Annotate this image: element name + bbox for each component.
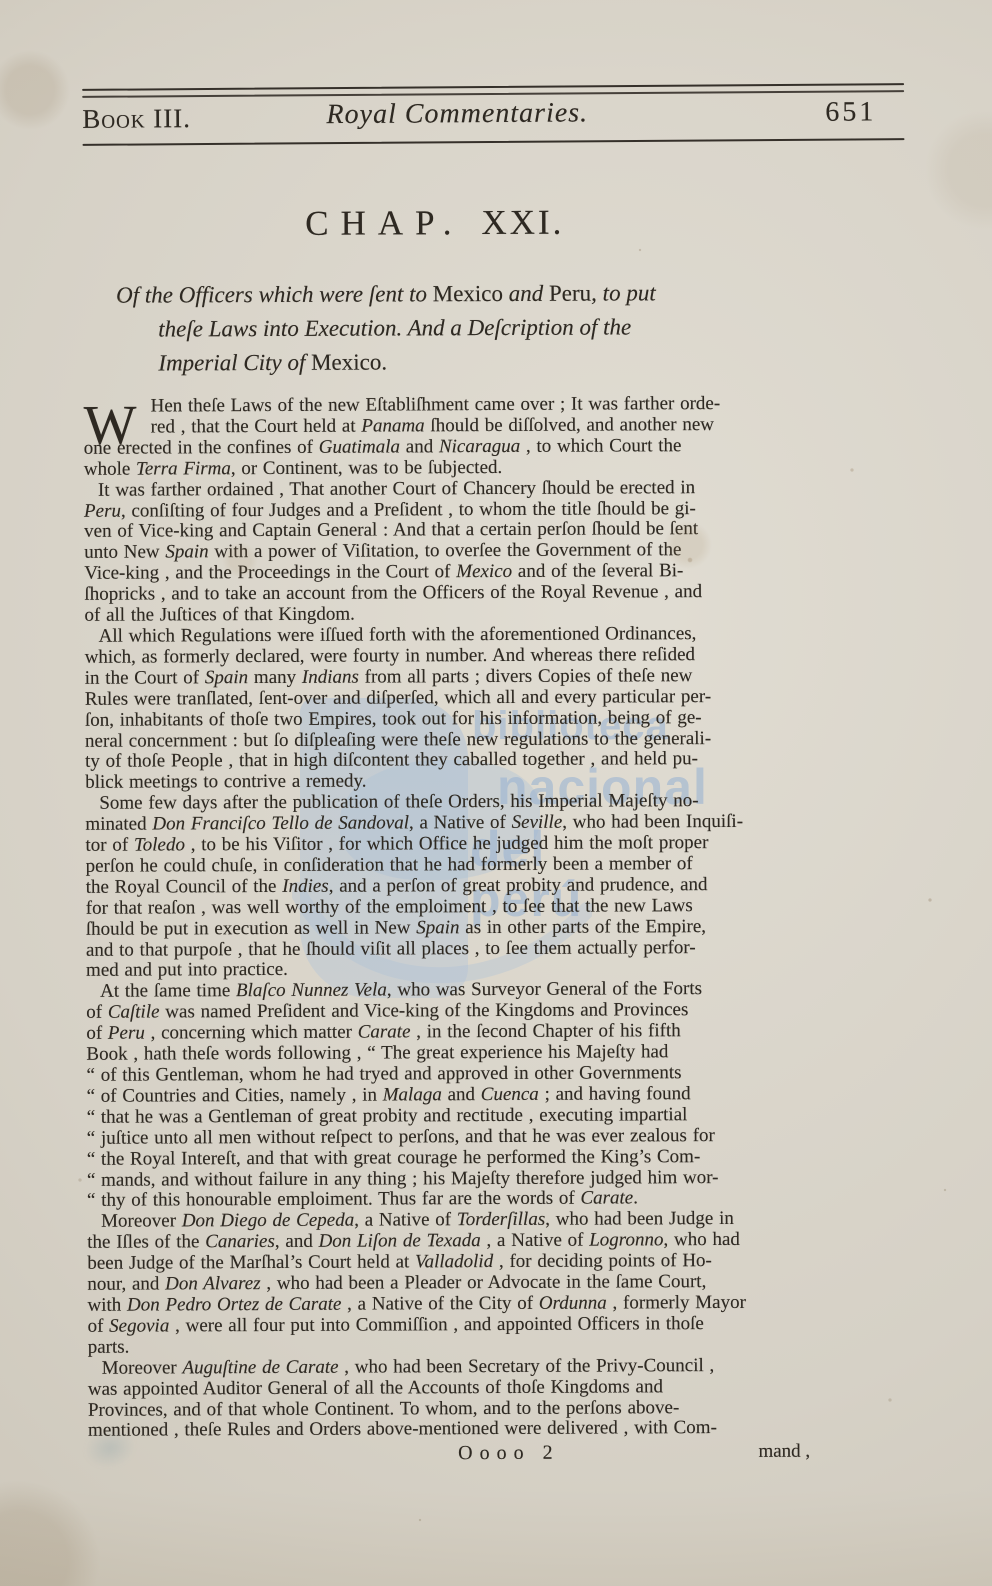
roman-text: perſon he could chuſe, in conſideration … <box>86 853 693 877</box>
roman-text: , and <box>275 1231 319 1252</box>
italic-text: Panama <box>361 415 424 436</box>
roman-text: in the Court of <box>85 667 205 689</box>
roman-text: Moreover <box>101 1211 182 1232</box>
roman-text: , conſiſting of four Judges and a Preſid… <box>121 498 696 522</box>
roman-text: “ thy of this honourable emploiment. Thu… <box>87 1188 580 1211</box>
footer-row: Oooo 2 mand , <box>88 1441 910 1469</box>
roman-text: was named Preſident and Vice-king of the… <box>159 999 688 1022</box>
italic-text: Don Franciſco Tello de Sandoval <box>152 813 409 835</box>
roman-text: which, as formerly declared, were fourty… <box>85 644 695 668</box>
paragraph: WHen theſe Laws of the new Eſtabliſhment… <box>84 393 906 480</box>
roman-text: for that reaſon , was well worthy of the… <box>86 895 693 919</box>
chapter-heading: CHAP.XXI. <box>83 201 905 251</box>
roman-text: Book , hath theſe words following , “ Th… <box>86 1041 668 1065</box>
roman-text: Vice-king , and the Proceedings in the C… <box>84 561 456 584</box>
italic-text: Terra Firma <box>136 458 231 479</box>
italic-text: Don Diego de Cepeda <box>182 1210 354 1232</box>
body-text: WHen theſe Laws of the new Eſtabliſhment… <box>84 393 911 1442</box>
paragraph: Moreover Don Diego de Cepeda, a Native o… <box>87 1209 910 1359</box>
italic-text: Spain <box>165 542 208 563</box>
roman-text: parts. <box>88 1336 130 1357</box>
roman-text: ven of Vice-king and Captain General : A… <box>84 519 698 543</box>
roman-text: with <box>87 1295 127 1316</box>
drop-cap: W <box>84 398 137 454</box>
roman-text: med and put into practice. <box>86 959 288 981</box>
roman-text: , a Native of <box>354 1210 457 1231</box>
roman-text: ſhould be put in execution as well in Ne… <box>86 917 416 939</box>
roman-text: the Iſles of the <box>87 1232 205 1254</box>
paragraph: It was farther ordained , That another C… <box>84 477 907 627</box>
header-row: Book III. Royal Commentaries. 651 <box>82 92 904 144</box>
chapter-numeral: XXI. <box>481 203 564 242</box>
catchword: mand , <box>758 1441 810 1463</box>
roman-text: of <box>88 1316 110 1337</box>
italic-text: Don Pedro Ortez de Carate <box>127 1294 341 1316</box>
roman-text: blick meetings to contrive a remedy. <box>85 771 366 793</box>
roman-text: Hen theſe Laws of the new Eſtabliſhment … <box>151 393 721 416</box>
roman-text: of all the Juſtices of that Kingdom. <box>84 604 354 626</box>
roman-text: of <box>86 1002 108 1023</box>
paragraph: All which Regulations were iſſued forth … <box>85 623 908 794</box>
italic-text: Blaſco Nunnez Vela <box>236 980 387 1002</box>
italic-text: Torderſillas <box>457 1209 545 1230</box>
roman-text: , who had been Inquiſi- <box>562 811 743 833</box>
paragraph: Moreover Auguſtine de Carate , who had b… <box>88 1355 910 1442</box>
italic-text: Nicaragua <box>439 436 520 457</box>
roman-text: Mexico. <box>311 349 387 374</box>
roman-text: , to which Court the <box>520 435 681 457</box>
roman-text: and of the ſeveral Bi- <box>512 560 683 582</box>
roman-text: , who had been Secretary of the Privy-Co… <box>338 1355 714 1378</box>
roman-text: “ mands, and without failure in any thin… <box>87 1167 719 1191</box>
text-line: Imperial City of Mexico. <box>83 343 905 381</box>
text-line: Of the Officers which were ſent to Mexic… <box>83 275 905 313</box>
roman-text: and to that purpoſe , that he ſhould viſ… <box>86 937 696 961</box>
roman-text: nour, and <box>87 1274 165 1295</box>
italic-text: Auguſtine de Carate <box>182 1356 338 1378</box>
roman-text: of <box>86 1023 108 1044</box>
roman-text: “ juſtice unto all men without reſpect t… <box>87 1125 715 1149</box>
scanned-book-page: biblioteca nacional del perú Book III. R… <box>0 0 992 1586</box>
roman-text: Some few days after the publication of t… <box>99 790 698 814</box>
roman-text: , and a perſon of great probity and prud… <box>329 874 708 897</box>
roman-text: “ that he was a Gentleman of great probi… <box>87 1104 688 1128</box>
roman-text: been Judge of the Marſhal’s Court held a… <box>87 1252 415 1274</box>
roman-text: , a Native of <box>481 1230 589 1251</box>
italic-text: Mexico <box>456 561 512 582</box>
page-number: 651 <box>825 96 876 128</box>
roman-text: and <box>442 1084 481 1105</box>
roman-text: Peru <box>549 281 591 306</box>
italic-text: Toledo <box>134 834 185 855</box>
roman-text: “ the Royal Intereſt, and that with grea… <box>87 1146 701 1170</box>
gathering-signature: Oooo 2 <box>458 1442 560 1465</box>
italic-text: Don Liſon de Texada <box>319 1230 481 1252</box>
roman-text: , a Native of the City of <box>341 1293 539 1315</box>
chapter-summary: Of the Officers which were ſent to Mexic… <box>83 275 905 381</box>
italic-text: Guatimala <box>319 436 400 457</box>
page-content: Book III. Royal Commentaries. 651 CHAP.X… <box>82 0 910 1468</box>
italic-text: Don Alvarez <box>165 1273 261 1294</box>
running-header: Book III. Royal Commentaries. 651 <box>82 83 904 146</box>
roman-text: ty of thoſe People , that in high diſcon… <box>85 749 698 773</box>
italic-text: Caſtile <box>108 1002 160 1023</box>
roman-text: , formerly Mayor <box>607 1292 746 1314</box>
italic-text: Canaries <box>205 1231 275 1252</box>
italic-text: Peru <box>108 1023 145 1044</box>
roman-text: , who was Surveyor General of the Forts <box>387 978 702 1000</box>
roman-text: ſhould be diſſolved, and another new <box>425 414 714 436</box>
roman-text: At the ſame time <box>100 981 236 1003</box>
roman-text: mentioned , theſe Rules and Orders above… <box>88 1417 717 1441</box>
roman-text: , who had been Judge in <box>545 1208 734 1230</box>
text-line: mentioned , theſe Rules and Orders above… <box>88 1418 910 1442</box>
italic-text: , to put <box>591 280 656 305</box>
roman-text: , who had been a Pleader or Advocate in … <box>261 1271 707 1294</box>
roman-text: unto New <box>84 542 165 563</box>
italic-text: Of the Officers which were ſent to <box>116 281 433 307</box>
roman-text: , for deciding points of Ho- <box>493 1250 712 1272</box>
roman-text: , concerning which matter <box>145 1022 358 1044</box>
roman-text: ; and having found <box>539 1083 691 1105</box>
chapter-word: CHAP. <box>305 203 463 243</box>
italic-text: Carate <box>358 1022 411 1043</box>
roman-text: It was farther ordained , That another C… <box>98 477 695 501</box>
roman-text: as in other parts of the Empire, <box>459 916 706 938</box>
running-title: Royal Commentaries. <box>326 97 588 131</box>
roman-text: many <box>248 667 302 688</box>
roman-text: ſhopricks , and to take an account from … <box>84 581 702 605</box>
italic-text: Indies <box>282 876 329 897</box>
roman-text: , were all four put into Commiſſion , an… <box>169 1313 704 1336</box>
italic-text: and <box>503 281 549 306</box>
paragraph: At the ſame time Blaſco Nunnez Vela, who… <box>86 979 909 1213</box>
roman-text: “ of this Gentleman, whom he had tryed a… <box>86 1062 681 1086</box>
italic-text: Spain <box>416 917 459 938</box>
italic-text: Ordunna <box>539 1292 607 1313</box>
italic-text: Valladolid <box>415 1251 493 1272</box>
roman-text: ſon, inhabitants of thoſe two Empires, t… <box>85 707 702 731</box>
roman-text: whole <box>84 458 136 479</box>
roman-text: was appointed Auditor General of all the… <box>88 1376 663 1400</box>
header-top-rule <box>82 83 904 91</box>
roman-text: the Royal Council of the <box>86 876 283 898</box>
roman-text: Rules were tranſlated, ſent-over and diſ… <box>85 686 711 710</box>
italic-text: Peru <box>84 500 121 521</box>
roman-text: All which Regulations were iſſued forth … <box>99 623 697 647</box>
roman-text: , or Continent, was to be ſubjected. <box>231 457 503 479</box>
roman-text: with a power of Viſitation, to overſee t… <box>209 540 682 563</box>
italic-text: theſe Laws into Execution. And a Deſcrip… <box>158 314 631 341</box>
book-label: Book III. <box>82 103 191 135</box>
roman-text: neral concernment : but ſo diſpleaſing w… <box>85 728 711 752</box>
roman-text: “ of Countries and Cities, namely , in <box>87 1084 383 1106</box>
roman-text: , a Native of <box>409 812 512 833</box>
roman-text: Moreover <box>102 1357 183 1378</box>
paragraph: Some few days after the publication of t… <box>85 790 908 982</box>
roman-text: tor of <box>85 835 134 856</box>
roman-text: and <box>400 436 439 457</box>
roman-text: , to be his Viſitor , for which Office h… <box>185 832 709 855</box>
italic-text: Carate <box>580 1188 633 1209</box>
italic-text: Imperial City of <box>158 350 311 376</box>
text-line: theſe Laws into Execution. And a Deſcrip… <box>83 309 905 347</box>
roman-text: Mexico <box>433 281 503 306</box>
roman-text: from all parts ; divers Copies of theſe … <box>359 665 693 687</box>
italic-text: Malaga <box>383 1084 442 1105</box>
italic-text: Cuenca <box>481 1084 539 1105</box>
italic-text: Spain <box>205 667 248 688</box>
roman-text: , who had <box>663 1229 739 1250</box>
roman-text: red , that the Court held at <box>151 415 362 437</box>
roman-text: . <box>633 1188 638 1209</box>
roman-text: minated <box>85 814 152 835</box>
italic-text: Seville <box>512 812 563 833</box>
chapter-heading-text: CHAP.XXI. <box>305 203 564 244</box>
italic-text: Logronno <box>589 1230 663 1251</box>
roman-text: , in the ſecond Chapter of his fifth <box>410 1020 680 1042</box>
roman-text: Provinces, and of that whole Continent. … <box>88 1397 679 1421</box>
italic-text: Indians <box>302 666 359 687</box>
italic-text: Segovia <box>109 1315 169 1336</box>
